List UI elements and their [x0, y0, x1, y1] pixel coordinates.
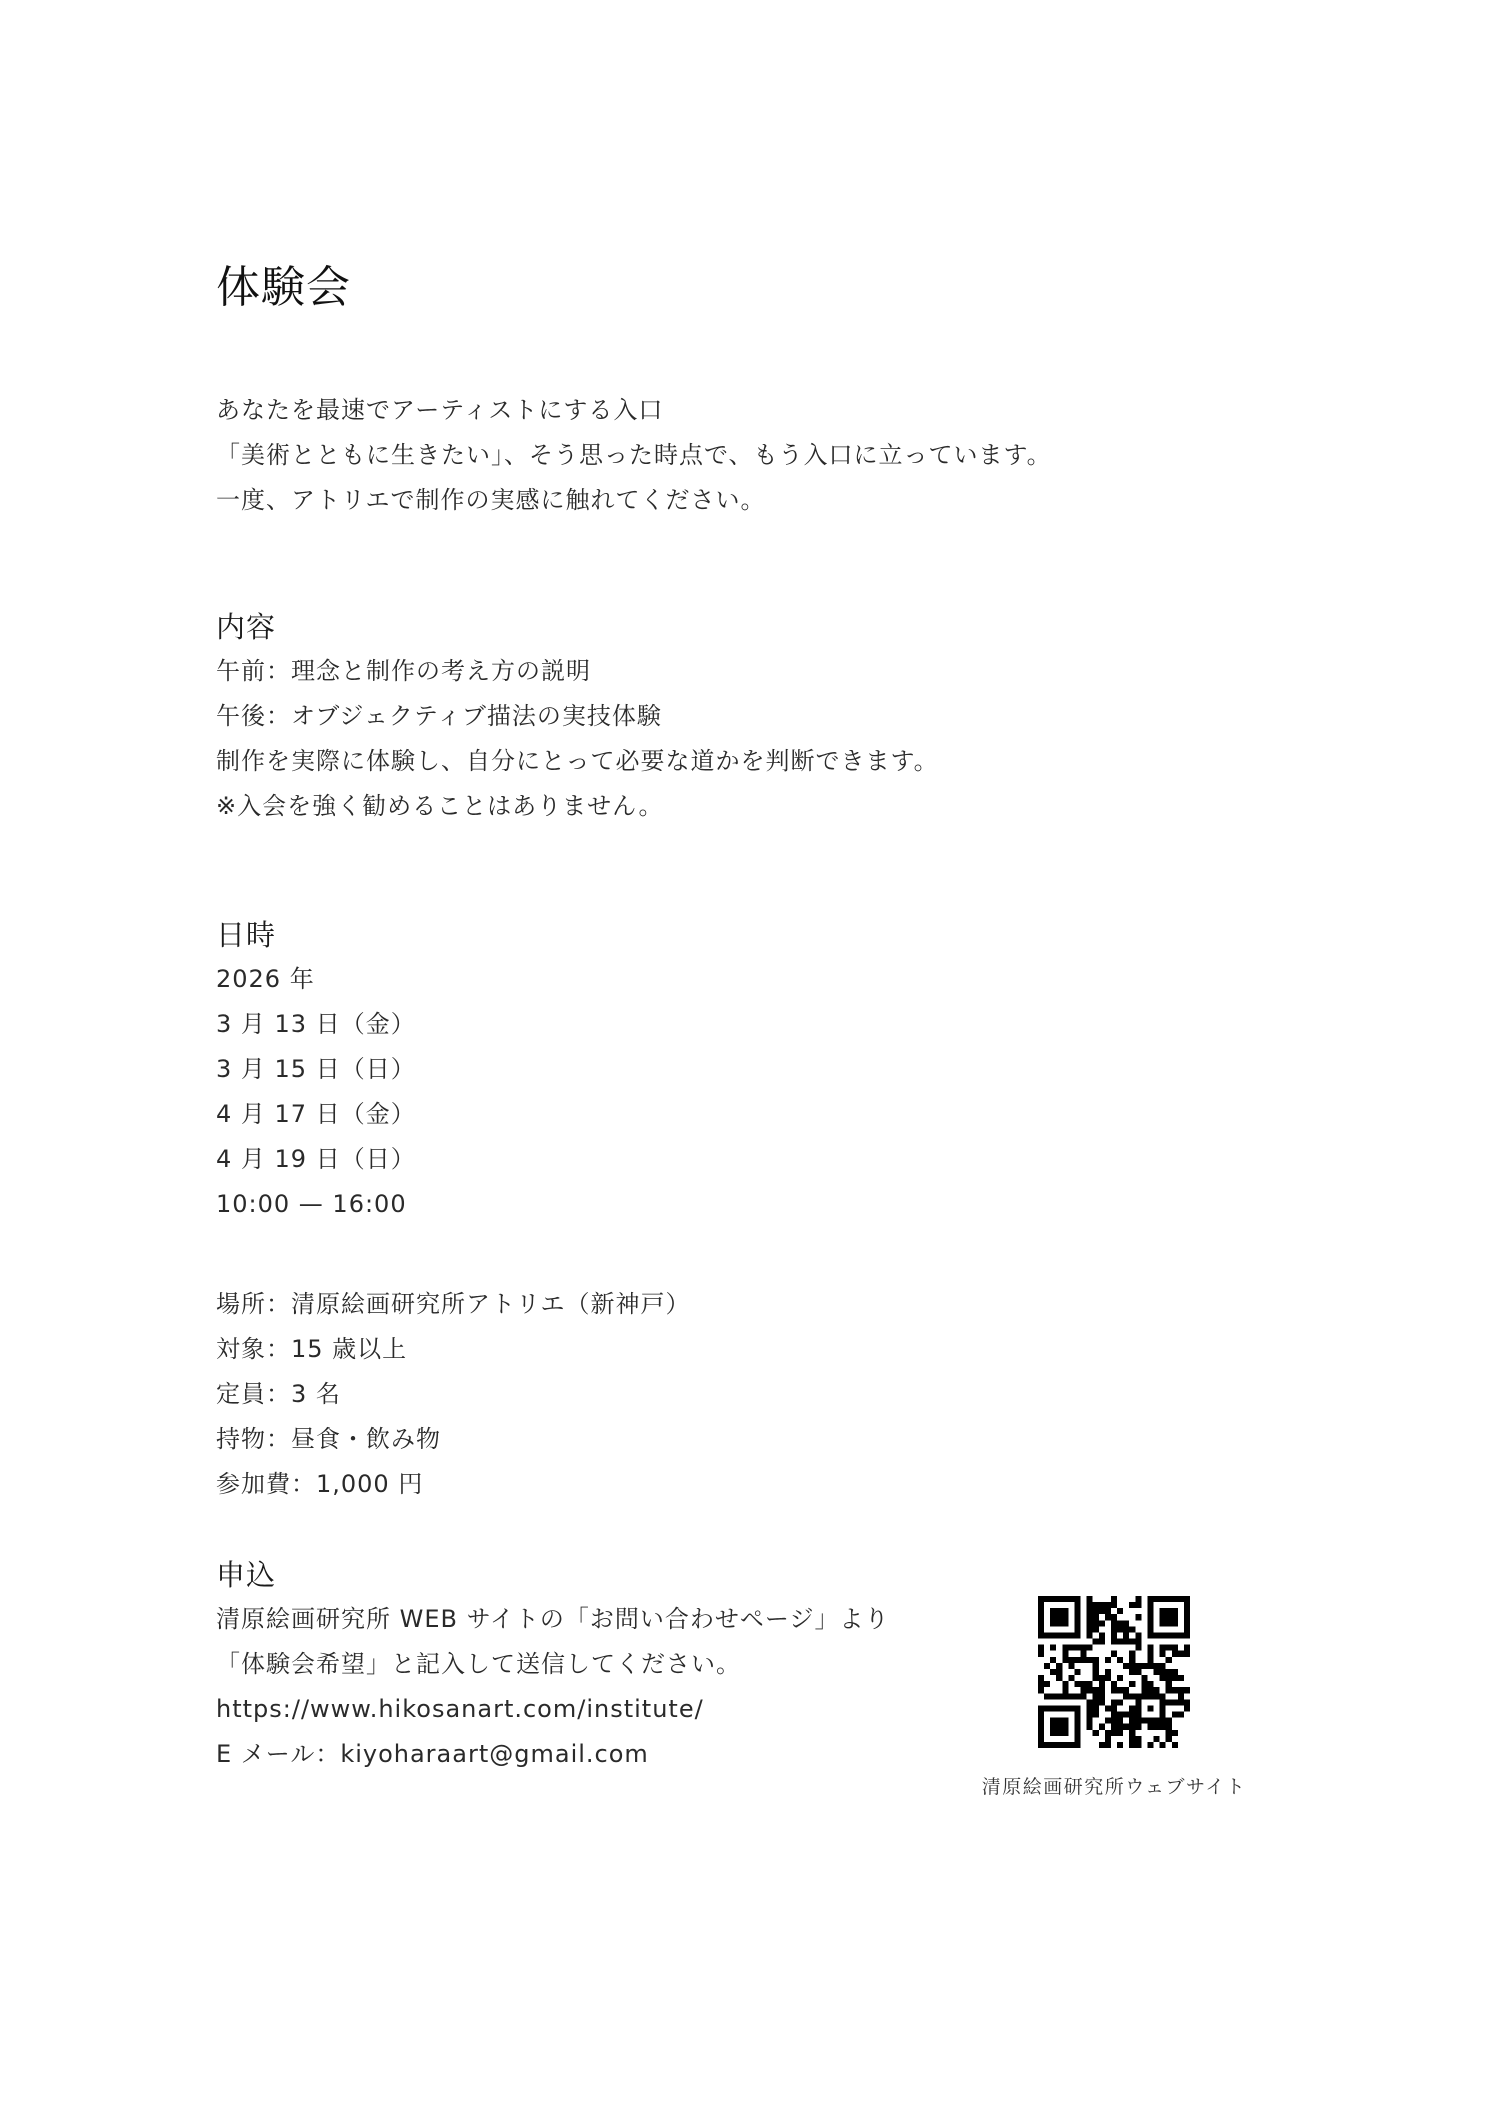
- page-title: 体験会: [216, 266, 351, 310]
- schedule-section: 日時 2026 年 3 月 13 日（金） 3 月 15 日（日） 4 月 17…: [216, 913, 416, 1227]
- schedule-date: 3 月 15 日（日）: [216, 1047, 416, 1092]
- apply-line: 清原絵画研究所 WEB サイトの「お問い合わせページ」より: [216, 1597, 889, 1642]
- detail-capacity: 定員：3 名: [216, 1372, 691, 1417]
- schedule-date: 4 月 17 日（金）: [216, 1092, 416, 1137]
- qr-code-icon[interactable]: [1038, 1596, 1190, 1748]
- details-section: 場所：清原絵画研究所アトリエ（新神戸） 対象：15 歳以上 定員：3 名 持物：…: [216, 1282, 691, 1507]
- schedule-year: 2026 年: [216, 957, 416, 1002]
- apply-section: 申込 清原絵画研究所 WEB サイトの「お問い合わせページ」より 「体験会希望」…: [216, 1553, 889, 1777]
- qr-block: 清原絵画研究所ウェブサイト: [980, 1596, 1248, 1799]
- apply-email-link[interactable]: E メール：kiyoharaart@gmail.com: [216, 1732, 889, 1777]
- intro-section: あなたを最速でアーティストにする入口 「美術とともに生きたい」、そう思った時点で…: [216, 388, 1052, 523]
- content-line: 制作を実際に体験し、自分にとって必要な道かを判断できます。: [216, 739, 939, 784]
- intro-line: あなたを最速でアーティストにする入口: [216, 388, 1052, 433]
- apply-line: 「体験会希望」と記入して送信してください。: [216, 1642, 889, 1687]
- qr-caption: 清原絵画研究所ウェブサイト: [980, 1772, 1248, 1799]
- schedule-date: 4 月 19 日（日）: [216, 1137, 416, 1182]
- detail-location: 場所：清原絵画研究所アトリエ（新神戸）: [216, 1282, 691, 1327]
- apply-heading: 申込: [216, 1553, 889, 1597]
- content-line: 午前：理念と制作の考え方の説明: [216, 649, 939, 694]
- apply-url-link[interactable]: https://www.hikosanart.com/institute/: [216, 1687, 889, 1732]
- intro-line: 「美術とともに生きたい」、そう思った時点で、もう入口に立っています。: [216, 433, 1052, 478]
- detail-target: 対象：15 歳以上: [216, 1327, 691, 1372]
- detail-bring: 持物：昼食・飲み物: [216, 1417, 691, 1462]
- content-section: 内容 午前：理念と制作の考え方の説明 午後：オブジェクティブ描法の実技体験 制作…: [216, 605, 939, 829]
- schedule-date: 3 月 13 日（金）: [216, 1002, 416, 1047]
- content-heading: 内容: [216, 605, 939, 649]
- content-line: ※入会を強く勧めることはありません。: [216, 784, 939, 829]
- content-line: 午後：オブジェクティブ描法の実技体験: [216, 694, 939, 739]
- schedule-heading: 日時: [216, 913, 416, 957]
- detail-fee: 参加費：1,000 円: [216, 1462, 691, 1507]
- schedule-time: 10:00 — 16:00: [216, 1182, 416, 1227]
- intro-line: 一度、アトリエで制作の実感に触れてください。: [216, 478, 1052, 523]
